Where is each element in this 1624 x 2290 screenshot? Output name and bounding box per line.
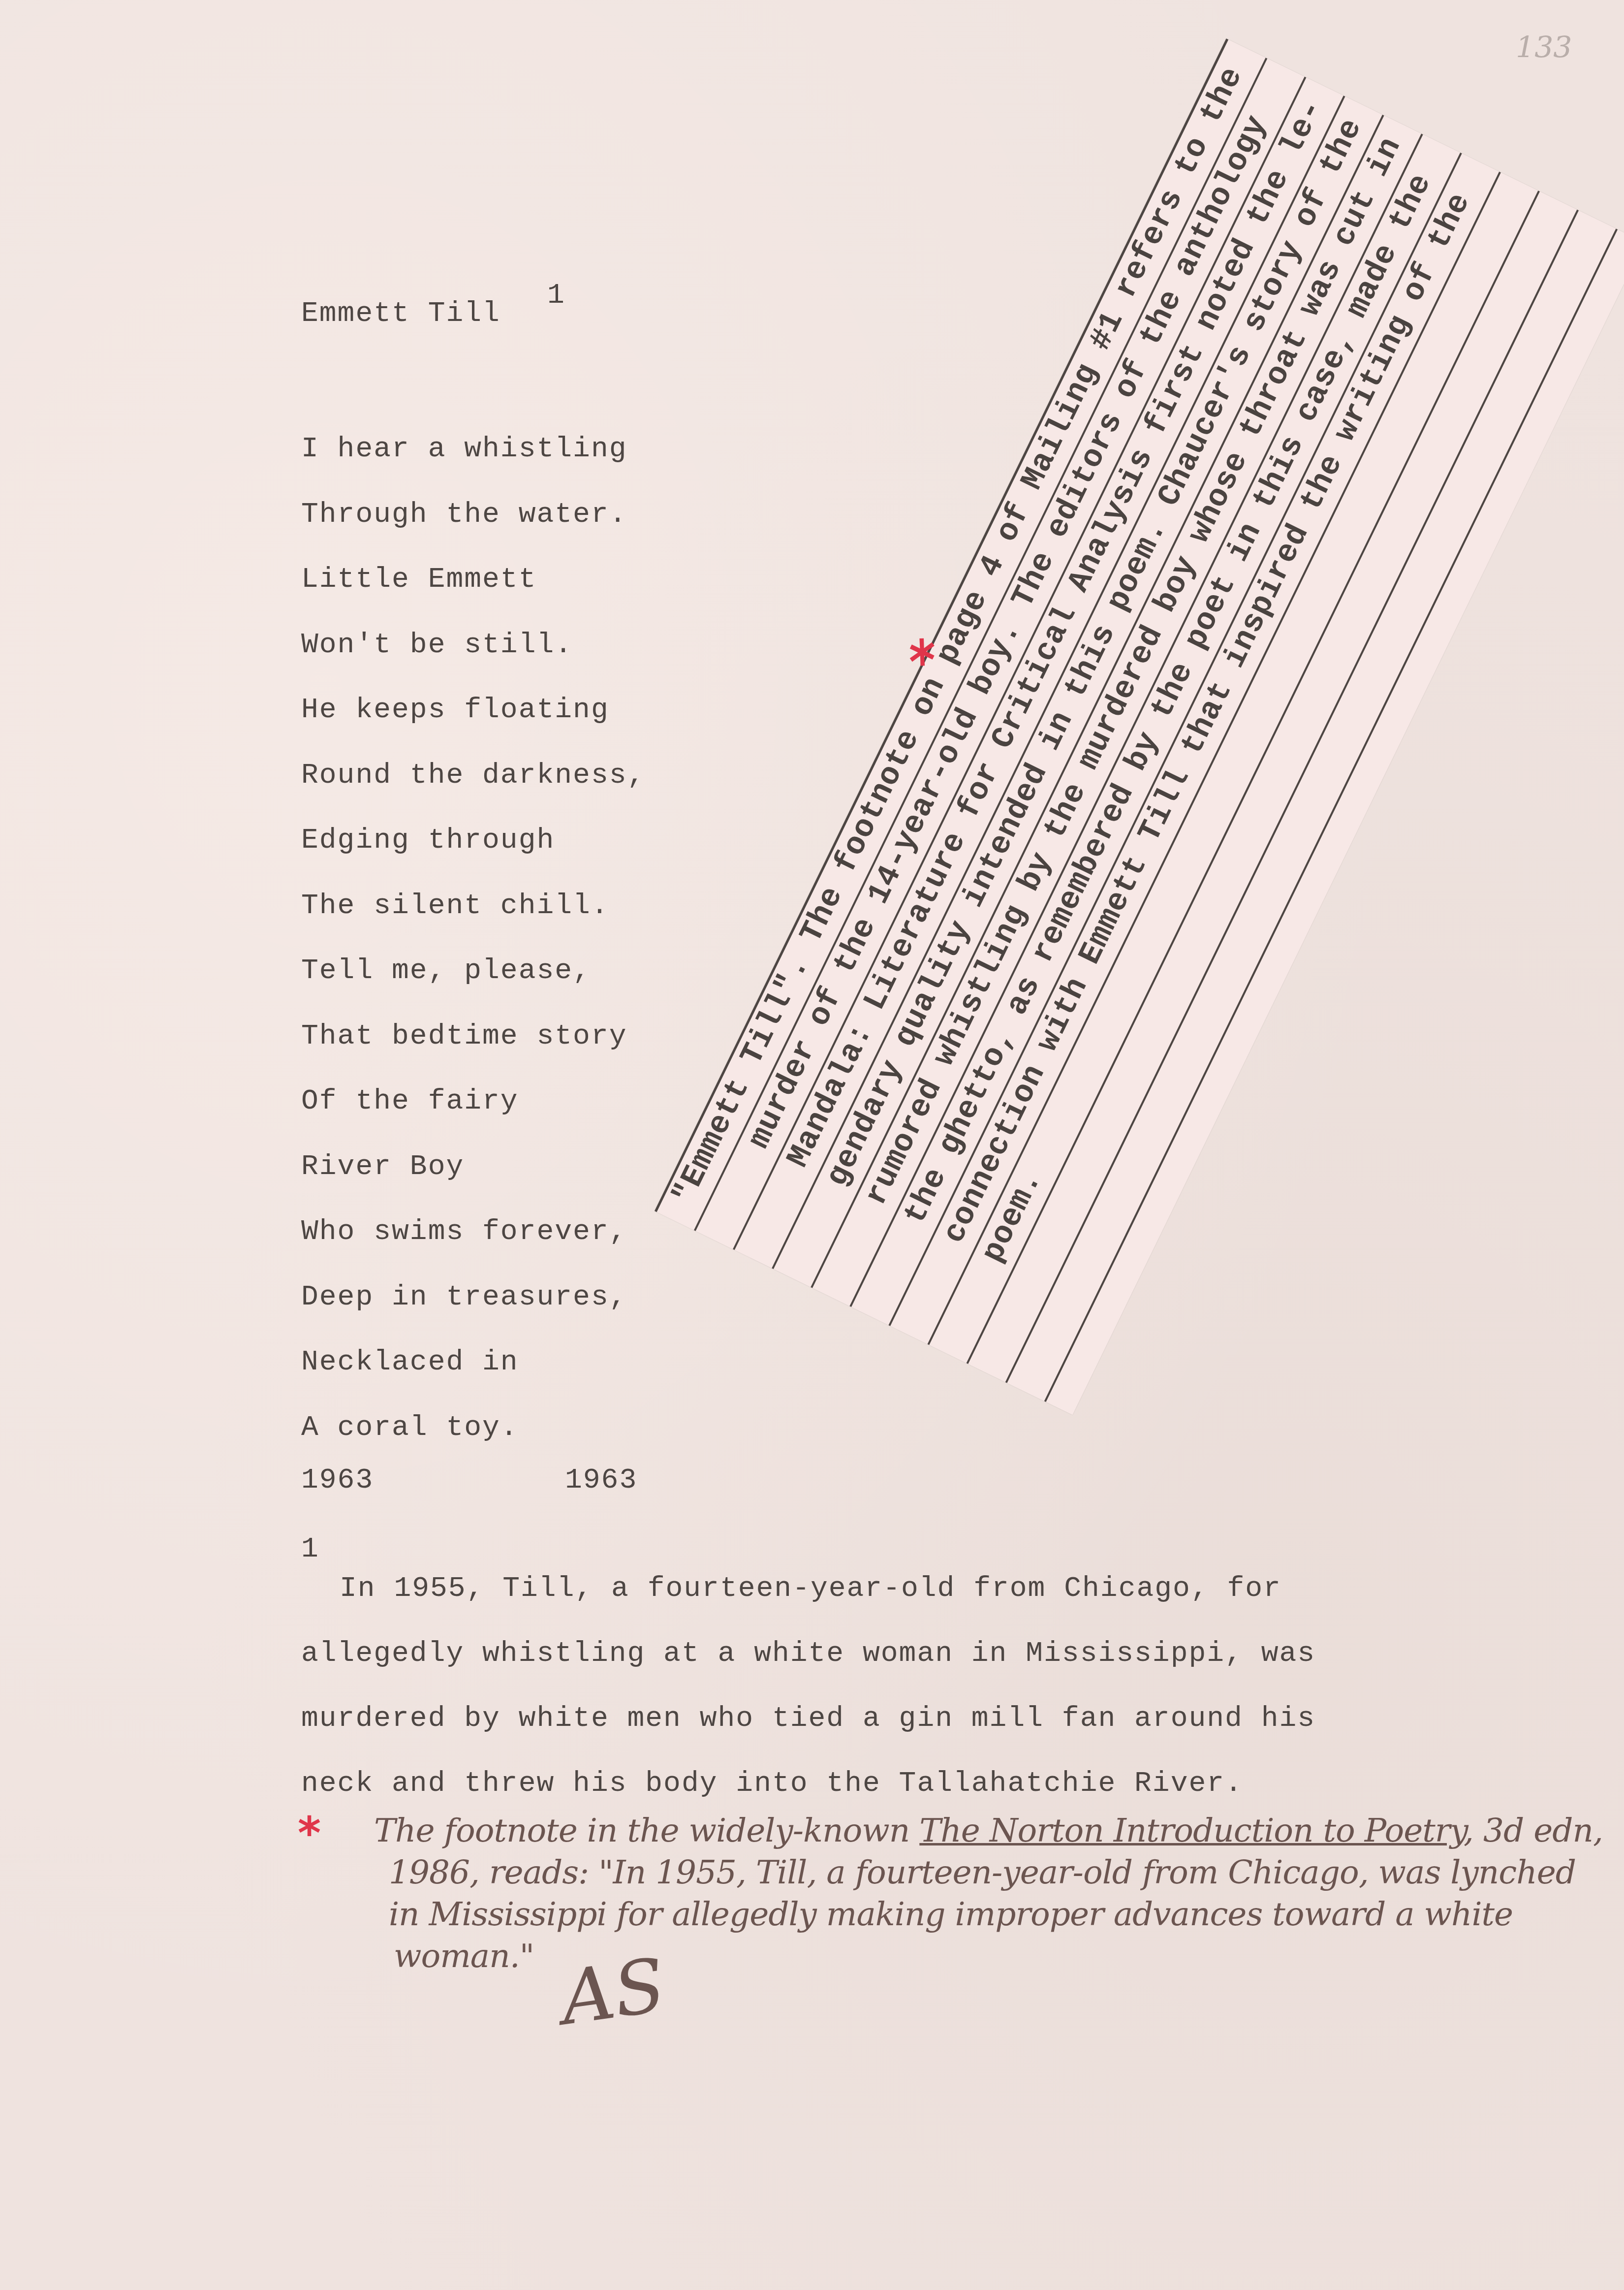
poem-line: That bedtime story [301, 1020, 627, 1052]
footnote-line: murdered by white men who tied a gin mil… [301, 1703, 1315, 1735]
poem-line: Of the fairy [301, 1085, 519, 1117]
handwritten-line-4: woman." [394, 1937, 534, 1975]
signature: AS [556, 1942, 670, 2042]
footnote-line: In 1955, Till, a fourteen-year-old from … [340, 1573, 1281, 1605]
poem-line: Through the water. [301, 499, 627, 531]
poem-line: Edging through [301, 825, 555, 857]
poem-line: The silent chill. [301, 890, 609, 922]
footnote-marker: 1 [301, 1533, 319, 1565]
pasted-note-slip: "Emmett Till". The footnote on page 4 of… [655, 38, 1624, 1415]
poem-date-repeat: 1963 [565, 1464, 637, 1496]
poem-title: Emmett Till [301, 298, 500, 330]
poem-line: Deep in treasures, [301, 1281, 627, 1313]
handwritten-line-2: 1986, reads: "In 1955, Till, a fourteen-… [389, 1853, 1576, 1891]
book-title: The Norton Introduction to Poetry [919, 1812, 1464, 1849]
title-footnote-marker: 1 [547, 280, 565, 312]
poem-line: Won't be still. [301, 629, 573, 661]
footnote-line: neck and threw his body into the Tallaha… [301, 1768, 1243, 1800]
handwritten-line-3: in Mississippi for allegedly making impr… [389, 1895, 1513, 1933]
poem-line: River Boy [301, 1151, 464, 1183]
page-number: 133 [1516, 31, 1572, 65]
poem-date: 1963 [301, 1464, 374, 1496]
footnote-line: allegedly whistling at a white woman in … [301, 1638, 1315, 1670]
handwritten-line-1: The footnote in the widely-known The Nor… [374, 1812, 1603, 1849]
poem-line: Who swims forever, [301, 1216, 627, 1248]
poem-line: Little Emmett [301, 564, 536, 596]
note-asterisk-icon: * [298, 1808, 321, 1859]
poem-line: Necklaced in [301, 1346, 519, 1378]
poem-line: Round the darkness, [301, 760, 645, 792]
poem-line: He keeps floating [301, 694, 609, 726]
poem-line: Tell me, please, [301, 955, 591, 987]
poem-line: A coral toy. [301, 1412, 519, 1444]
poem-line: I hear a whistling [301, 433, 627, 465]
